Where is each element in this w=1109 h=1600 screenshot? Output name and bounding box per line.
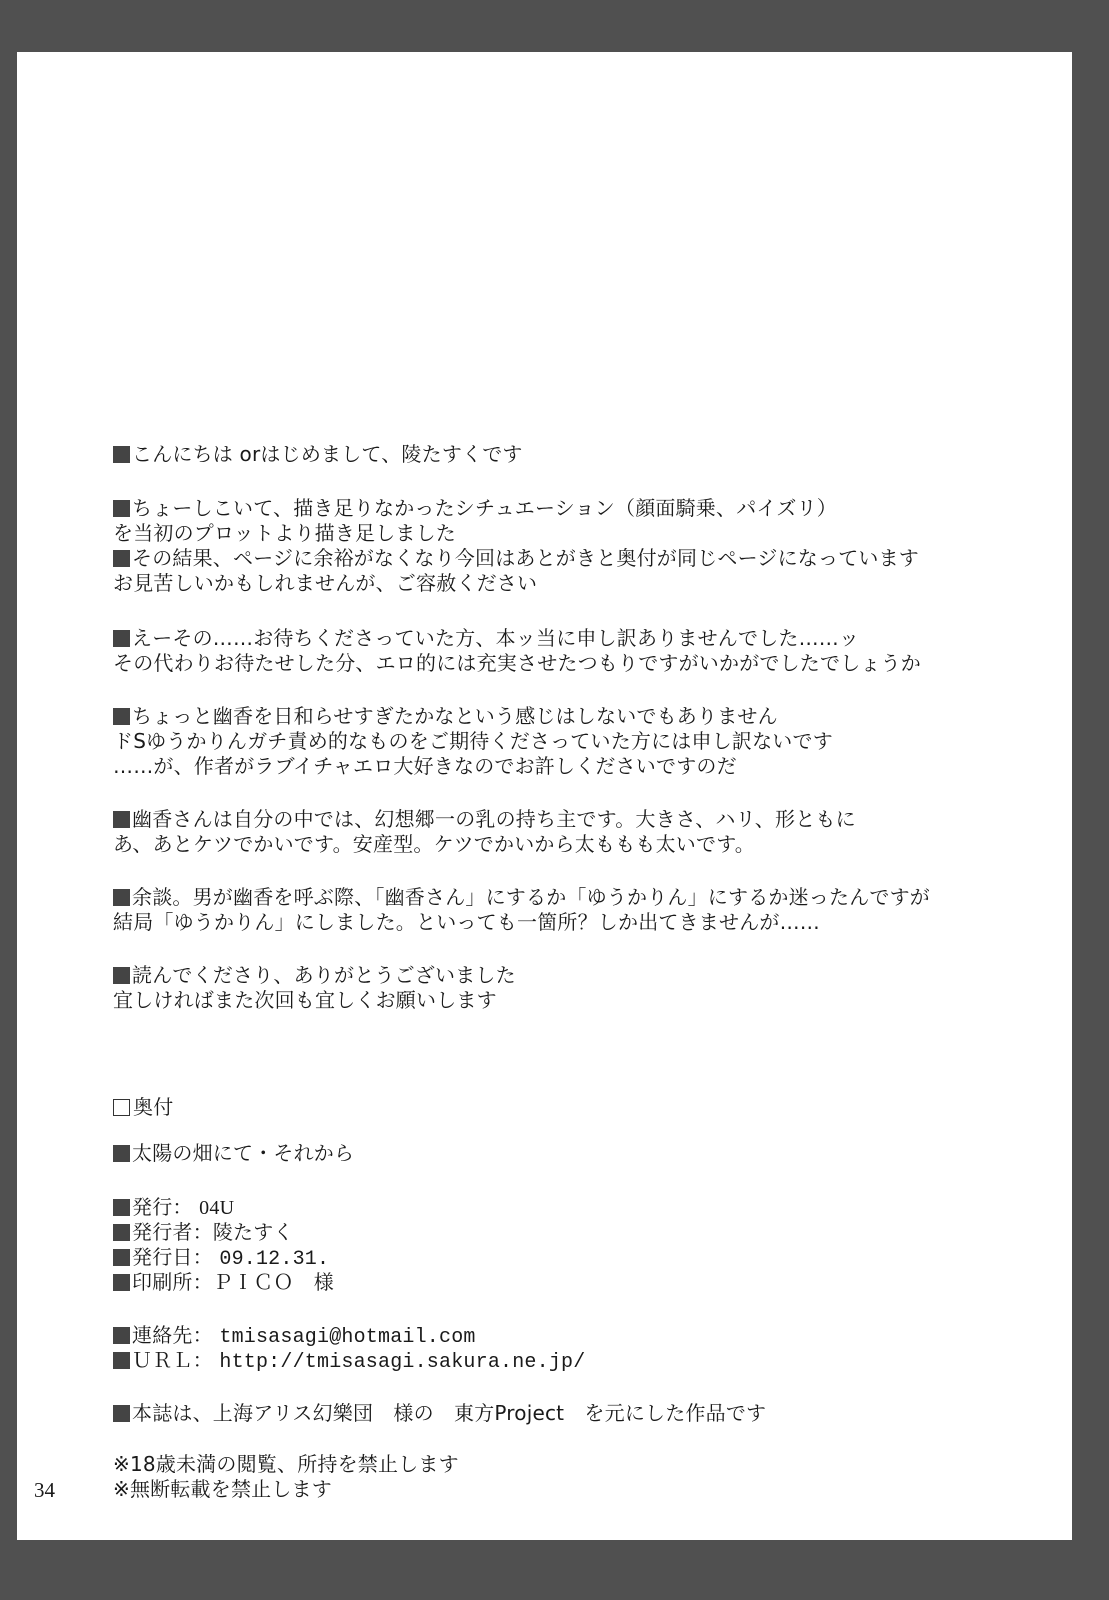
bullet-square-icon	[113, 708, 130, 725]
printer-label: 印刷所：	[132, 1270, 213, 1294]
colophon-source-note: 本誌は、上海アリス幻樂団 様の 東方Project を元にした作品です	[113, 1400, 766, 1426]
afterword-line: ……が、作者がラブイチャエロ大好きなのでお許しくださいですのだ	[113, 753, 737, 779]
bullet-square-icon	[113, 811, 130, 828]
afterword-line: ちょーしこいて、描き足りなかったシチュエーション（顔面騎乗、パイズリ）	[113, 495, 837, 521]
colophon-notice: ※18歳未満の閲覧、所持を禁止します	[113, 1451, 459, 1477]
bullet-square-icon	[113, 889, 130, 906]
colophon-publisher: 発行： 04U	[113, 1194, 234, 1221]
bullet-square-icon	[113, 446, 130, 463]
line-text: 幽香さんは自分の中では、幻想郷一の乳の持ち主です。大きさ、ハリ、形ともに	[132, 807, 856, 831]
line-text: その代わりお待たせした分、エロ的には充実させたつもりですがいかがでしたでしょうか	[113, 651, 921, 675]
contact-label: 連絡先：	[132, 1323, 213, 1347]
bullet-square-icon	[113, 1199, 130, 1216]
afterword-line: お見苦しいかもしれませんが、ご容赦ください	[113, 570, 537, 596]
page-number: 34	[34, 1478, 55, 1503]
bullet-square-icon	[113, 550, 130, 567]
line-text: その結果、ページに余裕がなくなり今回はあとがきと奥付が同じページになっています	[132, 546, 919, 570]
bullet-square-icon	[113, 1352, 130, 1369]
contact-email: tmisasagi@hotmail.com	[219, 1326, 475, 1349]
afterword-line: 幽香さんは自分の中では、幻想郷一の乳の持ち主です。大きさ、ハリ、形ともに	[113, 806, 856, 832]
afterword-line: を当初のプロットより描き足しました	[113, 520, 456, 546]
afterword-line: あ、あとケツでかいです。安産型。ケツでかいから太ももも太いです。	[113, 831, 755, 857]
afterword-line: ちょっと幽香を日和らせすぎたかなという感じはしないでもありません	[113, 703, 778, 729]
colophon-url: ＵＲＬ： http://tmisasagi.sakura.ne.jp/	[113, 1347, 585, 1376]
line-text: 読んでくださり、ありがとうございました	[132, 963, 516, 987]
printer-value: ＰＩＣＯ 様	[213, 1270, 334, 1294]
title-text: 太陽の畑にて・それから	[132, 1141, 354, 1165]
line-text: 余談。男が幽香を呼ぶ際、「幽香さん」にするか「ゆうかりん」にするか迷ったんですが	[132, 885, 930, 909]
line-text: 宜しければまた次回も宜しくお願いします	[113, 988, 497, 1012]
line-text: ……が、作者がラブイチャエロ大好きなのでお許しくださいですのだ	[113, 754, 737, 778]
line-text: あ、あとケツでかいです。安産型。ケツでかいから太ももも太いです。	[113, 832, 755, 856]
afterword-line: 結局「ゆうかりん」にしました。といっても一箇所？しか出てきませんが……	[113, 909, 820, 935]
bullet-square-icon	[113, 500, 130, 517]
afterword-line: ドSゆうかりんガチ責め的なものをご期待くださっていた方には申し訳ないです	[113, 728, 833, 754]
bullet-square-icon	[113, 1327, 130, 1344]
date-label: 発行日：	[132, 1245, 213, 1269]
url-value: http://tmisasagi.sakura.ne.jp/	[219, 1351, 585, 1374]
afterword-line: 余談。男が幽香を呼ぶ際、「幽香さん」にするか「ゆうかりん」にするか迷ったんですが	[113, 884, 930, 910]
afterword-line: その代わりお待たせした分、エロ的には充実させたつもりですがいかがでしたでしょうか	[113, 650, 921, 676]
bullet-square-icon	[113, 967, 130, 984]
afterword-line: 宜しければまた次回も宜しくお願いします	[113, 987, 497, 1013]
afterword-line: その結果、ページに余裕がなくなり今回はあとがきと奥付が同じページになっています	[113, 545, 919, 571]
line-text: ちょっと幽香を日和らせすぎたかなという感じはしないでもありません	[132, 704, 778, 728]
line-text: えーその……お待ちくださっていた方、本ッ当に申し訳ありませんでした……ッ	[132, 626, 859, 650]
source-note-text: 本誌は、上海アリス幻樂団 様の 東方Project を元にした作品です	[132, 1401, 766, 1425]
date-value: 09.12.31.	[219, 1248, 329, 1271]
colophon-notice: ※無断転載を禁止します	[113, 1476, 332, 1502]
author-value: 陵たすく	[213, 1220, 294, 1244]
bullet-square-icon	[113, 1249, 130, 1266]
url-label: ＵＲＬ：	[132, 1348, 213, 1372]
author-label: 発行者：	[132, 1220, 213, 1244]
document-page	[17, 52, 1072, 1540]
afterword-line: こんにちは orはじめまして、陵たすくです	[113, 441, 523, 467]
publisher-value: 04U	[199, 1197, 234, 1219]
afterword-line: えーその……お待ちくださっていた方、本ッ当に申し訳ありませんでした……ッ	[113, 625, 859, 651]
bullet-square-icon	[113, 1145, 130, 1162]
line-text: ちょーしこいて、描き足りなかったシチュエーション（顔面騎乗、パイズリ）	[132, 496, 837, 520]
open-square-icon	[113, 1099, 130, 1116]
colophon-printer: 印刷所：ＰＩＣＯ 様	[113, 1269, 334, 1295]
notice-text: ※18歳未満の閲覧、所持を禁止します	[113, 1452, 459, 1476]
colophon-heading: 奥付	[113, 1094, 173, 1120]
afterword-line: 読んでくださり、ありがとうございました	[113, 962, 516, 988]
colophon-author: 発行者：陵たすく	[113, 1219, 294, 1245]
line-text: お見苦しいかもしれませんが、ご容赦ください	[113, 571, 537, 595]
bullet-square-icon	[113, 1274, 130, 1291]
line-text: を当初のプロットより描き足しました	[113, 521, 456, 545]
bullet-square-icon	[113, 1405, 130, 1422]
notice-text: ※無断転載を禁止します	[113, 1477, 332, 1501]
bullet-square-icon	[113, 630, 130, 647]
bullet-square-icon	[113, 1224, 130, 1241]
line-text: ドSゆうかりんガチ責め的なものをご期待くださっていた方には申し訳ないです	[113, 729, 833, 753]
line-text: 結局「ゆうかりん」にしました。といっても一箇所？しか出てきませんが……	[113, 910, 820, 934]
heading-text: 奥付	[133, 1095, 173, 1119]
line-text: こんにちは orはじめまして、陵たすくです	[132, 442, 523, 466]
publisher-label: 発行：	[132, 1195, 193, 1219]
colophon-title: 太陽の畑にて・それから	[113, 1140, 354, 1166]
